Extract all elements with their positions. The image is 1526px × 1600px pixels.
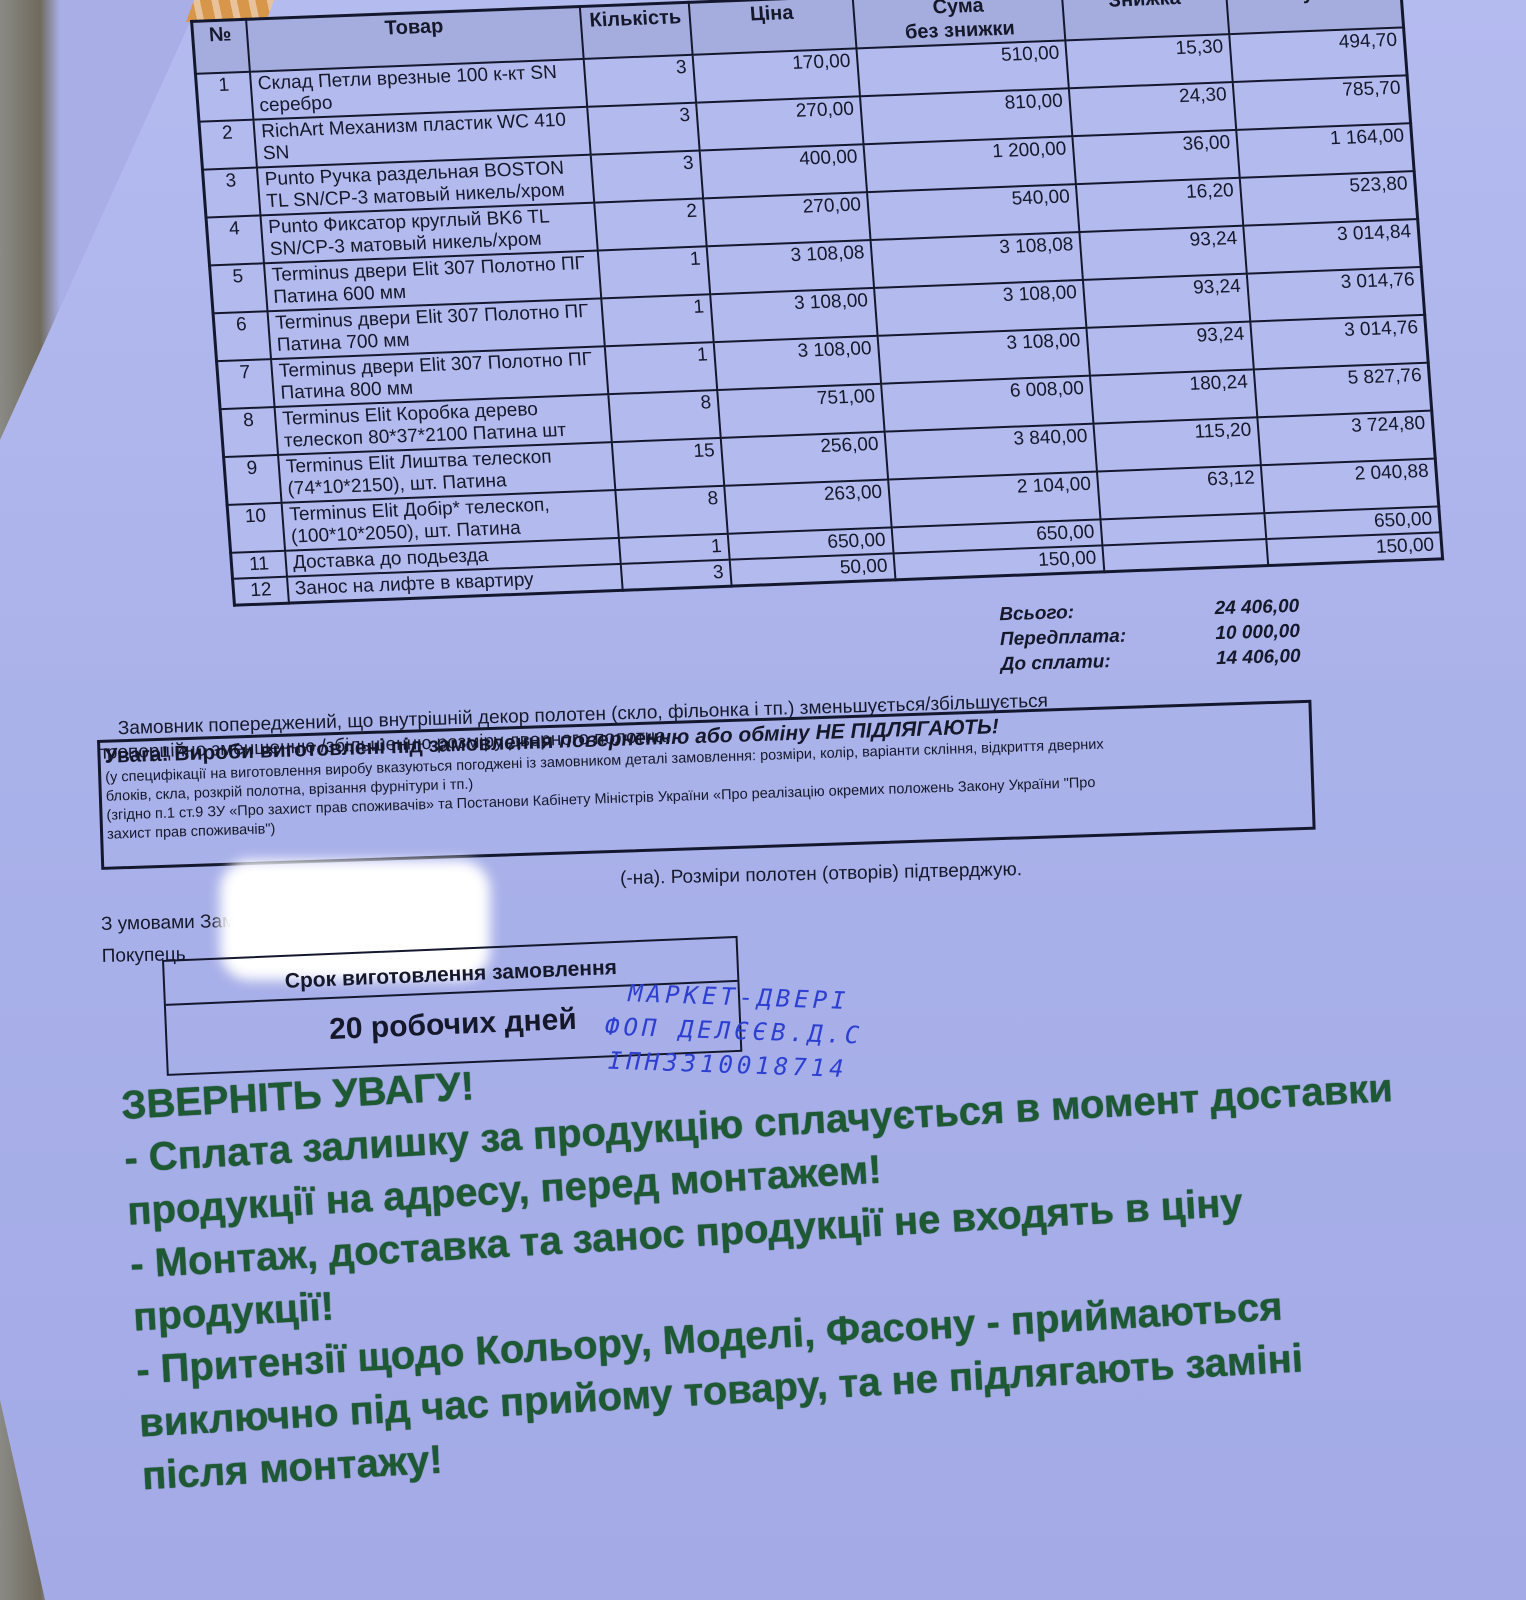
cell-discount: 115,20 [1093,417,1260,471]
cell-sum: 2 040,88 [1261,459,1439,514]
cell-price: 3 108,00 [714,336,881,390]
cell-price: 256,00 [721,432,888,486]
cell-sum-no-discount: 3 108,00 [874,280,1086,336]
cell-sum-no-discount: 3 108,08 [871,232,1083,288]
cell-price: 263,00 [724,480,891,534]
cell-no: 3 [202,168,260,218]
cell-no: 8 [220,407,278,457]
cell-price: 3 108,00 [710,288,877,342]
cell-sum: 494,70 [1229,27,1407,82]
cell-no: 7 [217,359,275,409]
cell-sum: 3 014,76 [1250,315,1428,370]
cell-discount: 24,30 [1069,82,1236,136]
cell-sum: 523,80 [1240,171,1418,226]
cell-no: 1 [195,72,253,122]
cell-discount: 93,24 [1079,226,1246,280]
cell-price: 170,00 [693,48,860,102]
agreement-line1: (-на). Розміри полотен (отворів) підтвер… [620,856,1150,890]
cell-quantity: 3 [584,55,696,107]
header-no: № [192,19,250,73]
cell-discount [1102,539,1268,572]
cell-quantity: 3 [587,103,699,155]
header-quantity: Кількість [580,2,693,59]
cell-sum-no-discount: 6 008,00 [881,376,1093,432]
cell-sum-no-discount: 810,00 [860,88,1072,144]
cell-sum: 5 827,76 [1254,363,1432,418]
prepaid-label: Передплата: [1000,626,1127,655]
cell-price: 3 108,08 [707,240,874,294]
prepaid-value: 10 000,00 [1215,621,1300,648]
items-table: № Товар Кількість Ціна Сума без знижки З… [190,0,1444,607]
cell-quantity: 1 [601,294,713,346]
cell-discount: 15,30 [1065,34,1232,88]
cell-discount: 63,12 [1097,465,1264,519]
cell-price: 270,00 [703,192,870,246]
cell-quantity: 8 [608,390,720,442]
header-price: Ціна [689,0,857,55]
invoice-document: № Товар Кількість Ціна Сума без знижки З… [0,0,1526,1600]
cell-quantity: 15 [612,438,724,490]
cell-no: 9 [224,455,282,505]
cell-quantity: 3 [621,560,732,591]
cell-sum: 785,70 [1233,75,1411,130]
cell-sum-no-discount: 1 200,00 [864,136,1076,192]
cell-price: 270,00 [696,96,863,150]
totals-block: Всього: 24 406,00 Передплата: 10 000,00 … [999,596,1301,679]
cell-no: 2 [199,120,257,170]
cell-sum: 3 014,76 [1247,267,1425,322]
cell-sum: 3 014,84 [1243,219,1421,274]
cell-no: 4 [206,215,264,265]
cell-price: 400,00 [700,144,867,198]
cell-sum-no-discount: 510,00 [856,40,1068,96]
cell-discount: 16,20 [1076,178,1243,232]
cell-no: 12 [233,577,289,606]
cell-discount: 36,00 [1072,130,1239,184]
cell-sum-no-discount: 540,00 [867,184,1079,240]
attention-block: ЗВЕРНІТЬ УВАГУ! - Сплата залишку за прод… [120,1002,1526,1503]
cell-sum-no-discount: 3 840,00 [885,424,1097,480]
cell-no: 10 [227,503,285,553]
cell-quantity: 3 [591,151,703,203]
cell-sum: 150,00 [1266,532,1442,565]
total-label: Всього: [999,602,1074,629]
cell-discount: 93,24 [1086,322,1253,376]
due-label: До сплати: [1000,651,1111,679]
cell-discount: 180,24 [1090,369,1257,423]
due-value: 14 406,00 [1216,646,1301,673]
table-body: 1Склад Петли врезные 100 к-кт SN серебро… [195,27,1442,605]
cell-no: 5 [210,263,268,313]
cell-quantity: 1 [605,342,717,394]
cell-sum: 3 724,80 [1257,411,1435,466]
cell-discount: 93,24 [1083,274,1250,328]
cell-no: 6 [213,311,271,361]
cell-quantity: 8 [615,486,727,538]
total-value: 24 406,00 [1214,596,1299,623]
attention-lines: - Сплата залишку за продукцію сплачуєтьс… [123,1055,1526,1504]
cell-no: 11 [231,551,287,579]
cell-sum-no-discount: 2 104,00 [888,472,1100,528]
cell-price: 751,00 [717,384,884,438]
cell-sum-no-discount: 3 108,00 [878,328,1090,384]
cell-quantity: 2 [594,198,706,250]
cell-sum: 1 164,00 [1236,123,1414,178]
cell-quantity: 1 [598,246,710,298]
cell-price: 50,00 [730,553,896,586]
